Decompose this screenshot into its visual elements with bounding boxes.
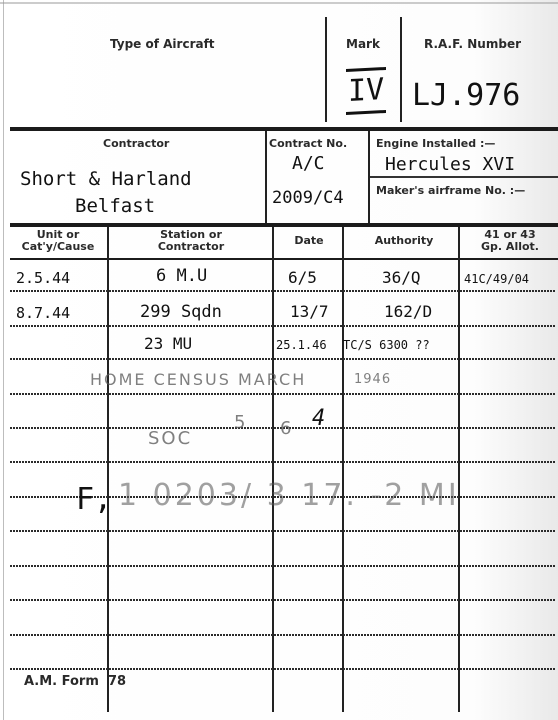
row-line-10 [10, 599, 556, 601]
type-of-aircraft-field [10, 60, 320, 120]
col-header-station-line2: Contractor [112, 241, 270, 253]
type-of-aircraft-label: Type of Aircraft [110, 37, 215, 51]
mark-value: IV [346, 67, 386, 115]
contractor-value-line1: Short & Harland [20, 168, 192, 190]
row2-station: 299 Sqdn [140, 302, 222, 322]
row1-authority: 36/Q [382, 268, 421, 287]
mark-label: Mark [346, 37, 380, 51]
col-header-unit-line2: Cat'y/Cause [12, 241, 104, 253]
row-line-3 [10, 358, 556, 360]
column-divider-2 [272, 227, 274, 712]
contract-no-label: Contract No. [269, 137, 347, 150]
row3-date: 25.1.46 [276, 338, 327, 352]
soc-stamp-month: 6 [280, 418, 293, 439]
col-header-unit: Unit or Cat'y/Cause [12, 229, 104, 253]
contract-no-line1: A/C [292, 153, 325, 174]
row-line-2 [10, 325, 556, 327]
row-line-6 [10, 461, 556, 463]
contractor-label: Contractor [103, 137, 169, 150]
raf-number-label: R.A.F. Number [424, 37, 521, 51]
row-line-1 [10, 290, 556, 292]
col-header-allot: 41 or 43 Gp. Allot. [464, 229, 556, 253]
row1-station: 6 M.U [156, 266, 207, 286]
ref-stamp-number: 1 0203/ 3 17. -2 MI [118, 478, 460, 513]
card-top-edge [0, 2, 558, 4]
row-line-9 [10, 565, 556, 567]
engine-installed-label: Engine Installed :— [376, 137, 495, 150]
row1-date: 6/5 [288, 268, 317, 287]
column-header-underline [10, 258, 558, 260]
col-header-station: Station or Contractor [112, 229, 270, 253]
card-left-edge [3, 0, 4, 720]
form-name-label: A.M. Form [24, 674, 99, 689]
row1-allot: 41C/49/04 [464, 272, 529, 286]
row3-authority: TC/S 6300 ?? [343, 338, 430, 352]
row2-unit: 8.7.44 [16, 304, 70, 322]
soc-stamp-handwritten: 4 [312, 406, 325, 431]
column-divider-1 [107, 227, 109, 712]
column-divider-3 [342, 227, 344, 712]
col-header-allot-line2: Gp. Allot. [464, 241, 556, 253]
row-line-11 [10, 634, 556, 636]
engine-divider [370, 176, 558, 178]
contract-no-line2: 2009/C4 [272, 188, 344, 208]
contractor-value-line2: Belfast [75, 195, 155, 217]
header-divider-2 [400, 17, 402, 122]
raf-number-value: LJ.976 [412, 78, 520, 113]
form-number-label: 78 [108, 674, 126, 689]
makers-airframe-value [376, 200, 546, 220]
row3-station: 23 MU [144, 334, 192, 353]
aircraft-record-card: Type of Aircraft Mark IV R.A.F. Number L… [0, 0, 558, 720]
row1-unit: 2.5.44 [16, 269, 70, 287]
contract-divider-1 [265, 131, 267, 223]
soc-stamp-day: 5 [234, 412, 247, 433]
row-line-4 [10, 393, 556, 395]
census-stamp: HOME CENSUS MARCH [90, 370, 306, 389]
census-stamp-year: 1946 [354, 372, 391, 387]
row2-authority: 162/D [384, 302, 432, 321]
engine-installed-value: Hercules XVI [385, 154, 515, 175]
row-line-12 [10, 668, 556, 670]
header-separator [10, 127, 558, 131]
contract-separator [10, 223, 558, 227]
row-line-8 [10, 530, 556, 532]
header-divider-1 [325, 17, 327, 122]
column-divider-4 [458, 227, 460, 712]
row2-date: 13/7 [290, 302, 329, 321]
col-header-authority: Authority [348, 235, 460, 247]
soc-stamp-text: SOC [148, 428, 192, 449]
makers-airframe-label: Maker's airframe No. :— [376, 184, 525, 197]
col-header-date: Date [276, 235, 342, 247]
ref-stamp-prefix: F, [76, 482, 112, 517]
